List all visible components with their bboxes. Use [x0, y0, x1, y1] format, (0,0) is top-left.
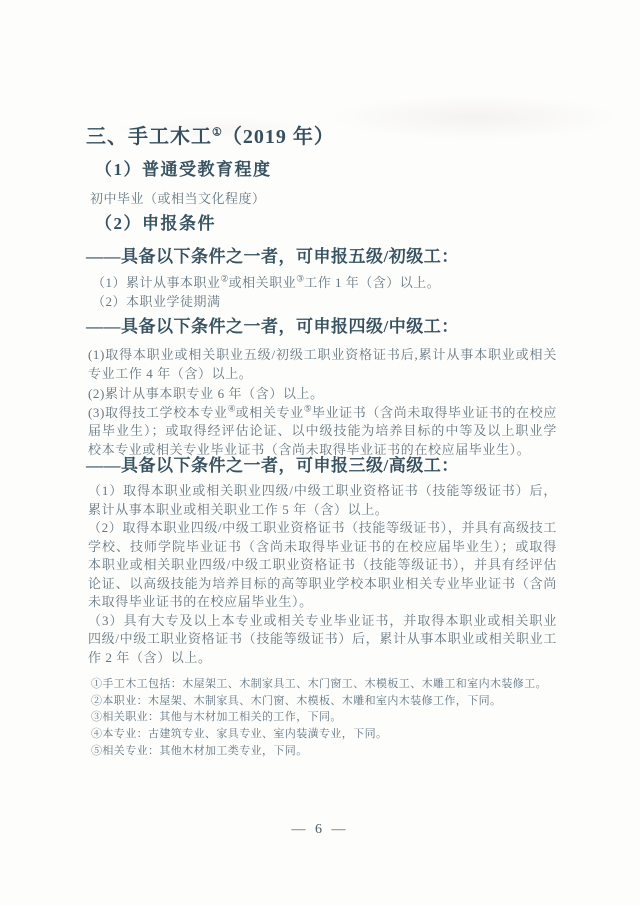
grade4-condition-2: (2)累计从事本职专业 6 年（含）以上。	[88, 385, 557, 404]
footnote-4: ④本专业：古建筑专业、家具专业、室内装潢专业，下同。	[91, 726, 557, 743]
grade5-condition-2: （2）本职业学徒期满	[92, 293, 557, 312]
page-number: — 6 —	[0, 820, 640, 840]
grade3-condition-1: （1）取得本职业或相关职业四级/中级工职业资格证书（技能等级证书）后，累计从事本…	[88, 482, 557, 519]
section-heading-apply-conditions: （2）申报条件	[95, 212, 557, 236]
level-heading-grade5: ——具备以下条件之一者，可申报五级/初级工：	[86, 245, 557, 269]
footnote-5: ⑤相关专业：其他木材加工类专业，下同。	[91, 743, 557, 760]
condition-text: (3)取得技工学校本专业	[88, 405, 228, 420]
title-year: （2019 年）	[222, 126, 335, 148]
document-content: 三、手工木工①（2019 年） （1）普通受教育程度 初中毕业（或相当文化程度）…	[86, 0, 557, 760]
grade4-condition-3: (3)取得技工学校本专业④或相关专业⑤毕业证书（含尚未取得毕业证书的在校应届毕业…	[88, 404, 557, 460]
page-title: 三、手工木工①（2019 年）	[86, 124, 557, 150]
grade3-condition-3: （3）具有大专及以上本专业或相关专业毕业证书，并取得本职业或相关职业四级/中级工…	[88, 612, 557, 668]
grade3-condition-2: （2）取得本职业四级/中级工职业资格证书（技能等级证书），并具有高级技工学校、技…	[88, 519, 557, 612]
footnote-marker-2: ②	[221, 274, 229, 284]
condition-text: （1）累计从事本职业	[92, 275, 221, 290]
education-requirement-text: 初中毕业（或相当文化程度）	[90, 190, 557, 208]
condition-text: 或相关职业	[229, 275, 297, 290]
footnote-marker-3: ③	[296, 274, 304, 284]
footnote-marker-4: ④	[228, 403, 236, 413]
condition-text: 或相关专业	[236, 405, 304, 420]
level-heading-grade4: ——具备以下条件之一者，可申报四级/中级工：	[86, 315, 557, 339]
condition-text: 工作 1 年（含）以上。	[304, 275, 440, 290]
section-heading-education: （1）普通受教育程度	[95, 158, 557, 182]
footnote-1: ①手工木工包括：木屋架工、木制家具工、木门窗工、木模板工、木雕工和室内木装修工。	[91, 676, 557, 693]
footnote-marker-5: ⑤	[304, 403, 312, 413]
title-text: 三、手工木工	[86, 126, 212, 148]
footnote-3: ③相关职业：其他与木材加工相关的工作，下同。	[91, 709, 557, 726]
grade5-condition-1: （1）累计从事本职业②或相关职业③工作 1 年（含）以上。	[92, 274, 557, 293]
footnotes-block: ①手工木工包括：木屋架工、木制家具工、木门窗工、木模板工、木雕工和室内木装修工。…	[91, 676, 557, 760]
document-page: 三、手工木工①（2019 年） （1）普通受教育程度 初中毕业（或相当文化程度）…	[0, 0, 640, 905]
footnote-2: ②本职业：木屋架、木制家具、木门窗、木模板、木雕和室内木装修工作，下同。	[91, 693, 557, 710]
title-footnote-marker: ①	[212, 126, 222, 138]
grade4-condition-1: (1)取得本职业或相关职业五级/初级工职业资格证书后,累计从事本职业或相关专业工…	[88, 346, 557, 383]
